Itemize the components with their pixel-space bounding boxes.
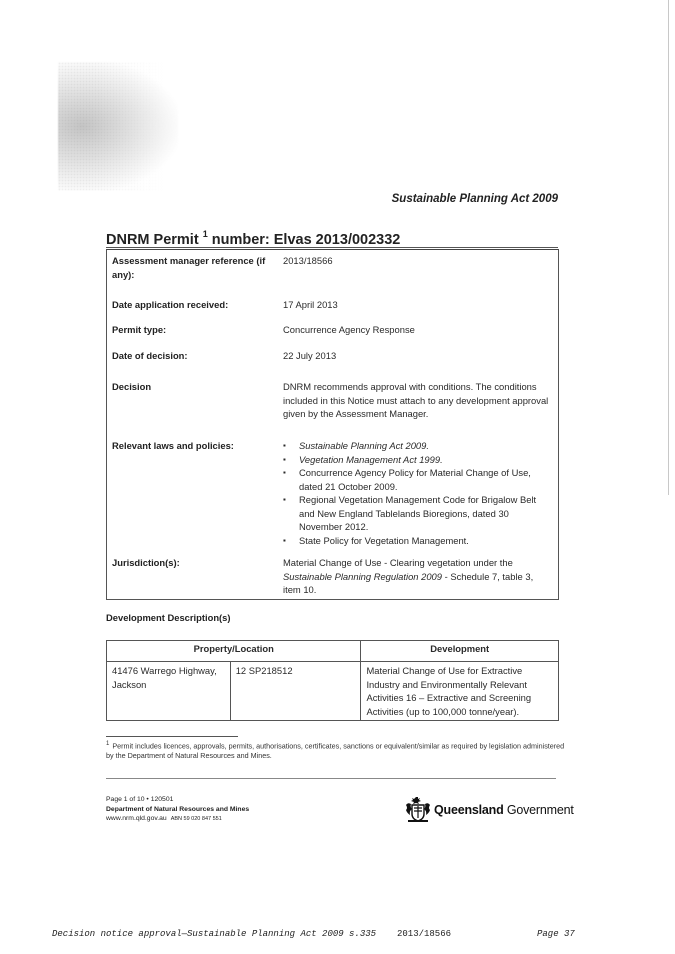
law-item: Regional Vegetation Management Code for …	[283, 493, 553, 534]
document-footer: Decision notice approval—Sustainable Pla…	[52, 929, 612, 939]
permit-type-label: Permit type:	[112, 323, 277, 337]
footnote-marker: 1	[106, 741, 109, 747]
permit-title-prefix: DNRM Permit	[106, 232, 199, 248]
page-edge-line	[668, 0, 669, 495]
table-header-row: Property/Location Development	[107, 641, 559, 662]
laws-list: Sustainable Planning Act 2009. Vegetatio…	[283, 439, 553, 547]
date-received-value: 17 April 2013	[283, 298, 553, 312]
decision-value: DNRM recommends approval with conditions…	[283, 380, 553, 421]
permit-type-value: Concurrence Agency Response	[283, 323, 553, 337]
date-decision-value: 22 July 2013	[283, 349, 553, 363]
assessment-ref-label: Assessment manager reference (if any):	[112, 254, 277, 281]
jurisdiction-text: Material Change of Use - Clearing vegeta…	[283, 557, 513, 568]
footer-info: Page 1 of 10 • 120501 Department of Natu…	[106, 795, 249, 825]
jurisdiction-label: Jurisdiction(s):	[112, 556, 277, 570]
column-header-development: Development	[361, 641, 559, 662]
law-item: Sustainable Planning Act 2009.	[283, 439, 553, 453]
development-description: Material Change of Use for Extractive In…	[361, 662, 559, 721]
queensland-government-logo: Queensland Government	[405, 796, 574, 824]
queensland-government-wordmark: Queensland Government	[434, 803, 574, 817]
scan-artifact	[58, 62, 178, 190]
footnote-ref: 1	[203, 229, 208, 239]
department-name: Department of Natural Resources and Mine…	[106, 805, 249, 815]
document-page-number: Page 37	[537, 929, 575, 939]
laws-value: Sustainable Planning Act 2009. Vegetatio…	[283, 439, 553, 547]
website-link[interactable]: www.nrm.qld.gov.au	[106, 815, 167, 822]
footer-rule	[106, 778, 556, 779]
lot-plan: 12 SP218512	[230, 662, 361, 721]
footnote-text: Permit includes licences, approvals, per…	[106, 741, 564, 760]
title-rule	[106, 247, 558, 248]
permit-title: DNRM Permit 1 number: Elvas 2013/002332	[106, 230, 400, 248]
permit-number: number: Elvas 2013/002332	[208, 232, 401, 248]
law-item: State Policy for Vegetation Management.	[283, 534, 553, 548]
date-decision-label: Date of decision:	[112, 349, 277, 363]
wordmark-queensland: Queensland	[434, 803, 504, 817]
jurisdiction-regulation: Sustainable Planning Regulation 2009	[283, 571, 442, 582]
decision-label: Decision	[112, 380, 277, 394]
laws-label: Relevant laws and policies:	[112, 439, 277, 453]
footnote-rule	[106, 736, 238, 737]
development-heading: Development Description(s)	[106, 612, 231, 623]
column-header-property: Property/Location	[107, 641, 361, 662]
property-address: 41476 Warrego Highway, Jackson	[107, 662, 231, 721]
date-received-label: Date application received:	[112, 298, 277, 312]
wordmark-government: Government	[504, 803, 574, 817]
assessment-ref-value: 2013/18566	[283, 254, 553, 268]
coat-of-arms-icon	[405, 796, 431, 824]
page-info: Page 1 of 10 • 120501	[106, 795, 249, 805]
table-row: 41476 Warrego Highway, Jackson 12 SP2185…	[107, 662, 559, 721]
law-item: Concurrence Agency Policy for Material C…	[283, 466, 553, 493]
document-title: Decision notice approval—Sustainable Pla…	[52, 929, 376, 939]
document-reference: 2013/18566	[397, 929, 451, 939]
abn: ABN 59 020 847 551	[171, 816, 222, 822]
permit-details-box: Assessment manager reference (if any): 2…	[106, 249, 559, 600]
law-item: Vegetation Management Act 1999.	[283, 453, 553, 467]
development-table: Property/Location Development 41476 Warr…	[106, 640, 559, 721]
act-header: Sustainable Planning Act 2009	[392, 193, 558, 205]
jurisdiction-value: Material Change of Use - Clearing vegeta…	[283, 556, 553, 597]
footnote: 1Permit includes licences, approvals, pe…	[106, 739, 566, 761]
